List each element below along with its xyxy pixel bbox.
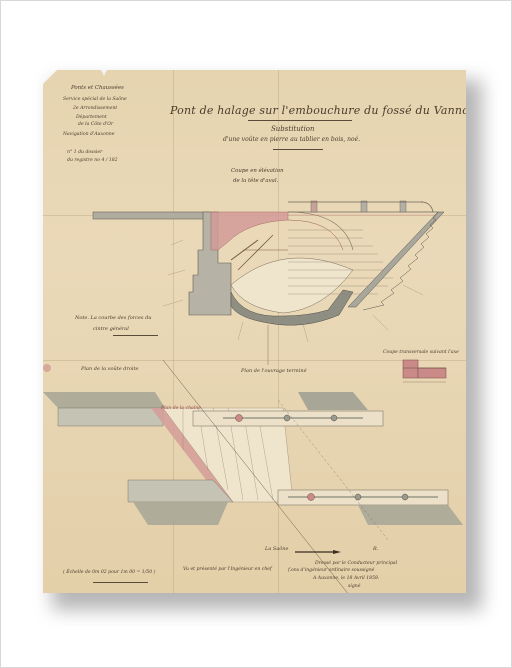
note-rule — [113, 335, 158, 336]
place-date: A Auxonne, le 18 Avril 1858. — [313, 576, 379, 581]
plan-right-bank-label: Plan de la voûte droite — [81, 366, 138, 372]
drawing-sheet: Ponts et Chaussées Service spécial de la… — [43, 70, 466, 593]
prepared-by-2: f.ons d'ingénieur ordinaire soussigné — [288, 568, 374, 573]
plan-work-label: Plan de l'ouvrage terminé — [241, 368, 307, 374]
river-left-label: La Saône — [265, 546, 289, 552]
signature: signé — [348, 584, 360, 589]
prepared-by: Dressé par le Conducteur principal — [315, 561, 397, 566]
scale-label: ( Échelle de 0m 02 pour 1m 00 = 1/50 ) — [63, 570, 155, 575]
river-right-label: R. — [373, 546, 378, 552]
note-text-2: cintre général — [93, 326, 129, 332]
signature-left: Vu et présenté par l'Ingénieur en chef — [183, 567, 272, 572]
cross-section-label: Coupe transversale suivant l'axe — [383, 350, 459, 355]
plan-small-label: Plan de la chaîne — [161, 406, 201, 411]
note-text: Note. La courbe des forces du — [75, 315, 152, 321]
scale-bar — [93, 582, 148, 583]
